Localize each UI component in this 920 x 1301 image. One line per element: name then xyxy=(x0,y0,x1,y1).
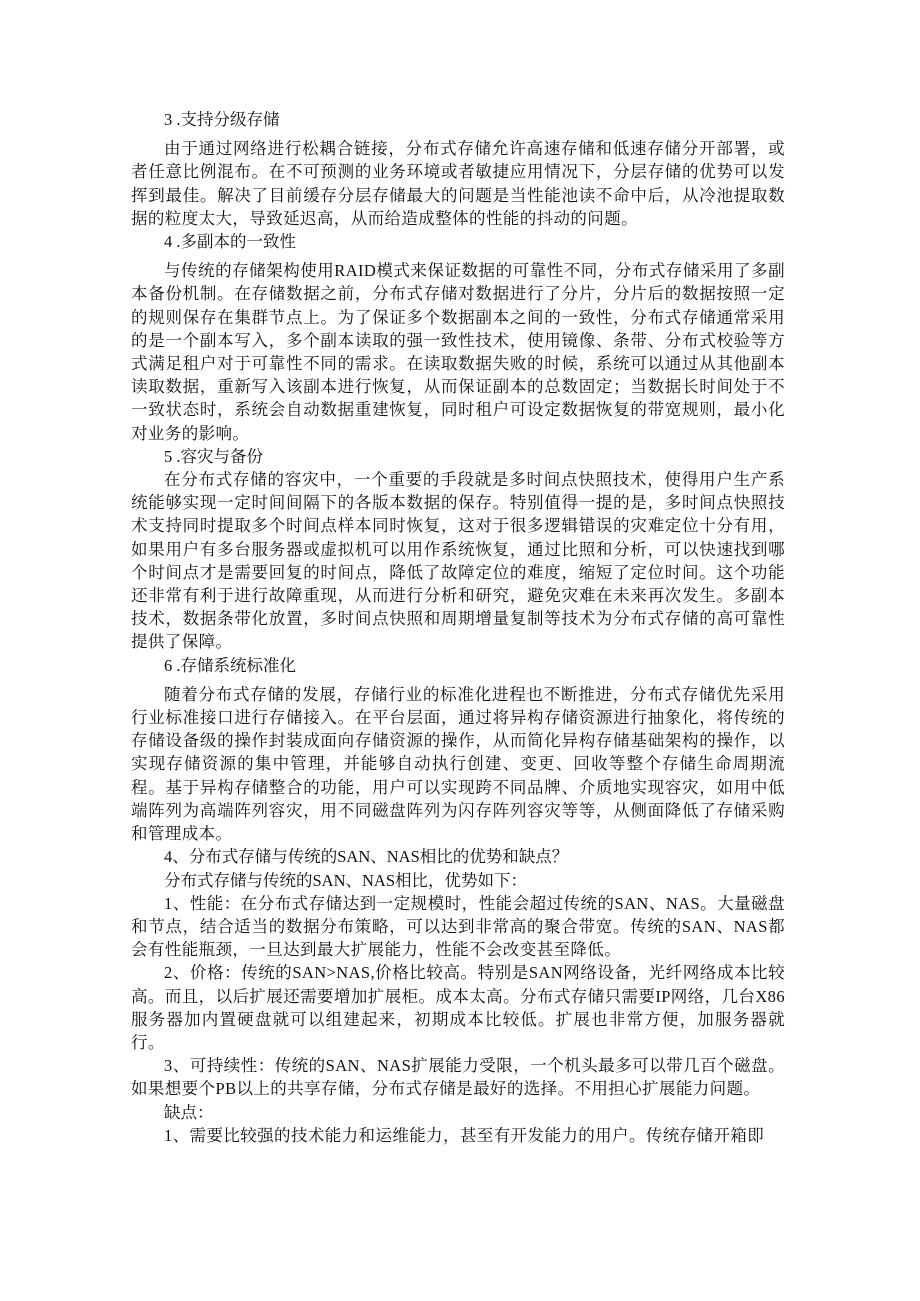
section-heading: 5 .容灾与备份 xyxy=(131,445,785,468)
advantage-item: 2、价格：传统的SAN>NAS,价格比较高。特别是SAN网络设备，光纤网络成本比… xyxy=(131,961,785,1054)
section-paragraph: 由于通过网络进行松耦合链接，分布式存储允许高速存储和低速存储分开部署，或者任意比… xyxy=(131,137,785,230)
disadvantage-item: 1、需要比较强的技术能力和运维能力，甚至有开发能力的用户。传统存储开箱即 xyxy=(131,1124,785,1147)
advantage-item: 3、可持续性：传统的SAN、NAS扩展能力受限，一个机头最多可以带几百个磁盘。如… xyxy=(131,1054,785,1100)
disadvantages-intro: 缺点： xyxy=(131,1101,785,1124)
advantages-intro: 分布式存储与传统的SAN、NAS相比，优势如下： xyxy=(131,869,785,892)
advantage-item: 1、性能：在分布式存储达到一定规模时，性能会超过传统的SAN、NAS。大量磁盘和… xyxy=(131,892,785,962)
section-heading: 6 .存储系统标准化 xyxy=(131,654,785,677)
section-heading: 3 .支持分级存储 xyxy=(131,108,785,131)
section-heading: 4 .多副本的一致性 xyxy=(131,230,785,253)
section-paragraph: 随着分布式存储的发展，存储行业的标准化进程也不断推进，分布式存储优先采用行业标准… xyxy=(131,683,785,845)
section-paragraph: 在分布式存储的容灾中，一个重要的手段就是多时间点快照技术，使得用户生产系统能够实… xyxy=(131,468,785,654)
section-paragraph: 与传统的存储架构使用RAID模式来保证数据的可靠性不同，分布式存储采用了多副本备… xyxy=(131,259,785,445)
question-heading: 4、分布式存储与传统的SAN、NAS相比的优势和缺点？ xyxy=(131,845,785,868)
document-page: 3 .支持分级存储 由于通过网络进行松耦合链接，分布式存储允许高速存储和低速存储… xyxy=(131,108,785,1147)
